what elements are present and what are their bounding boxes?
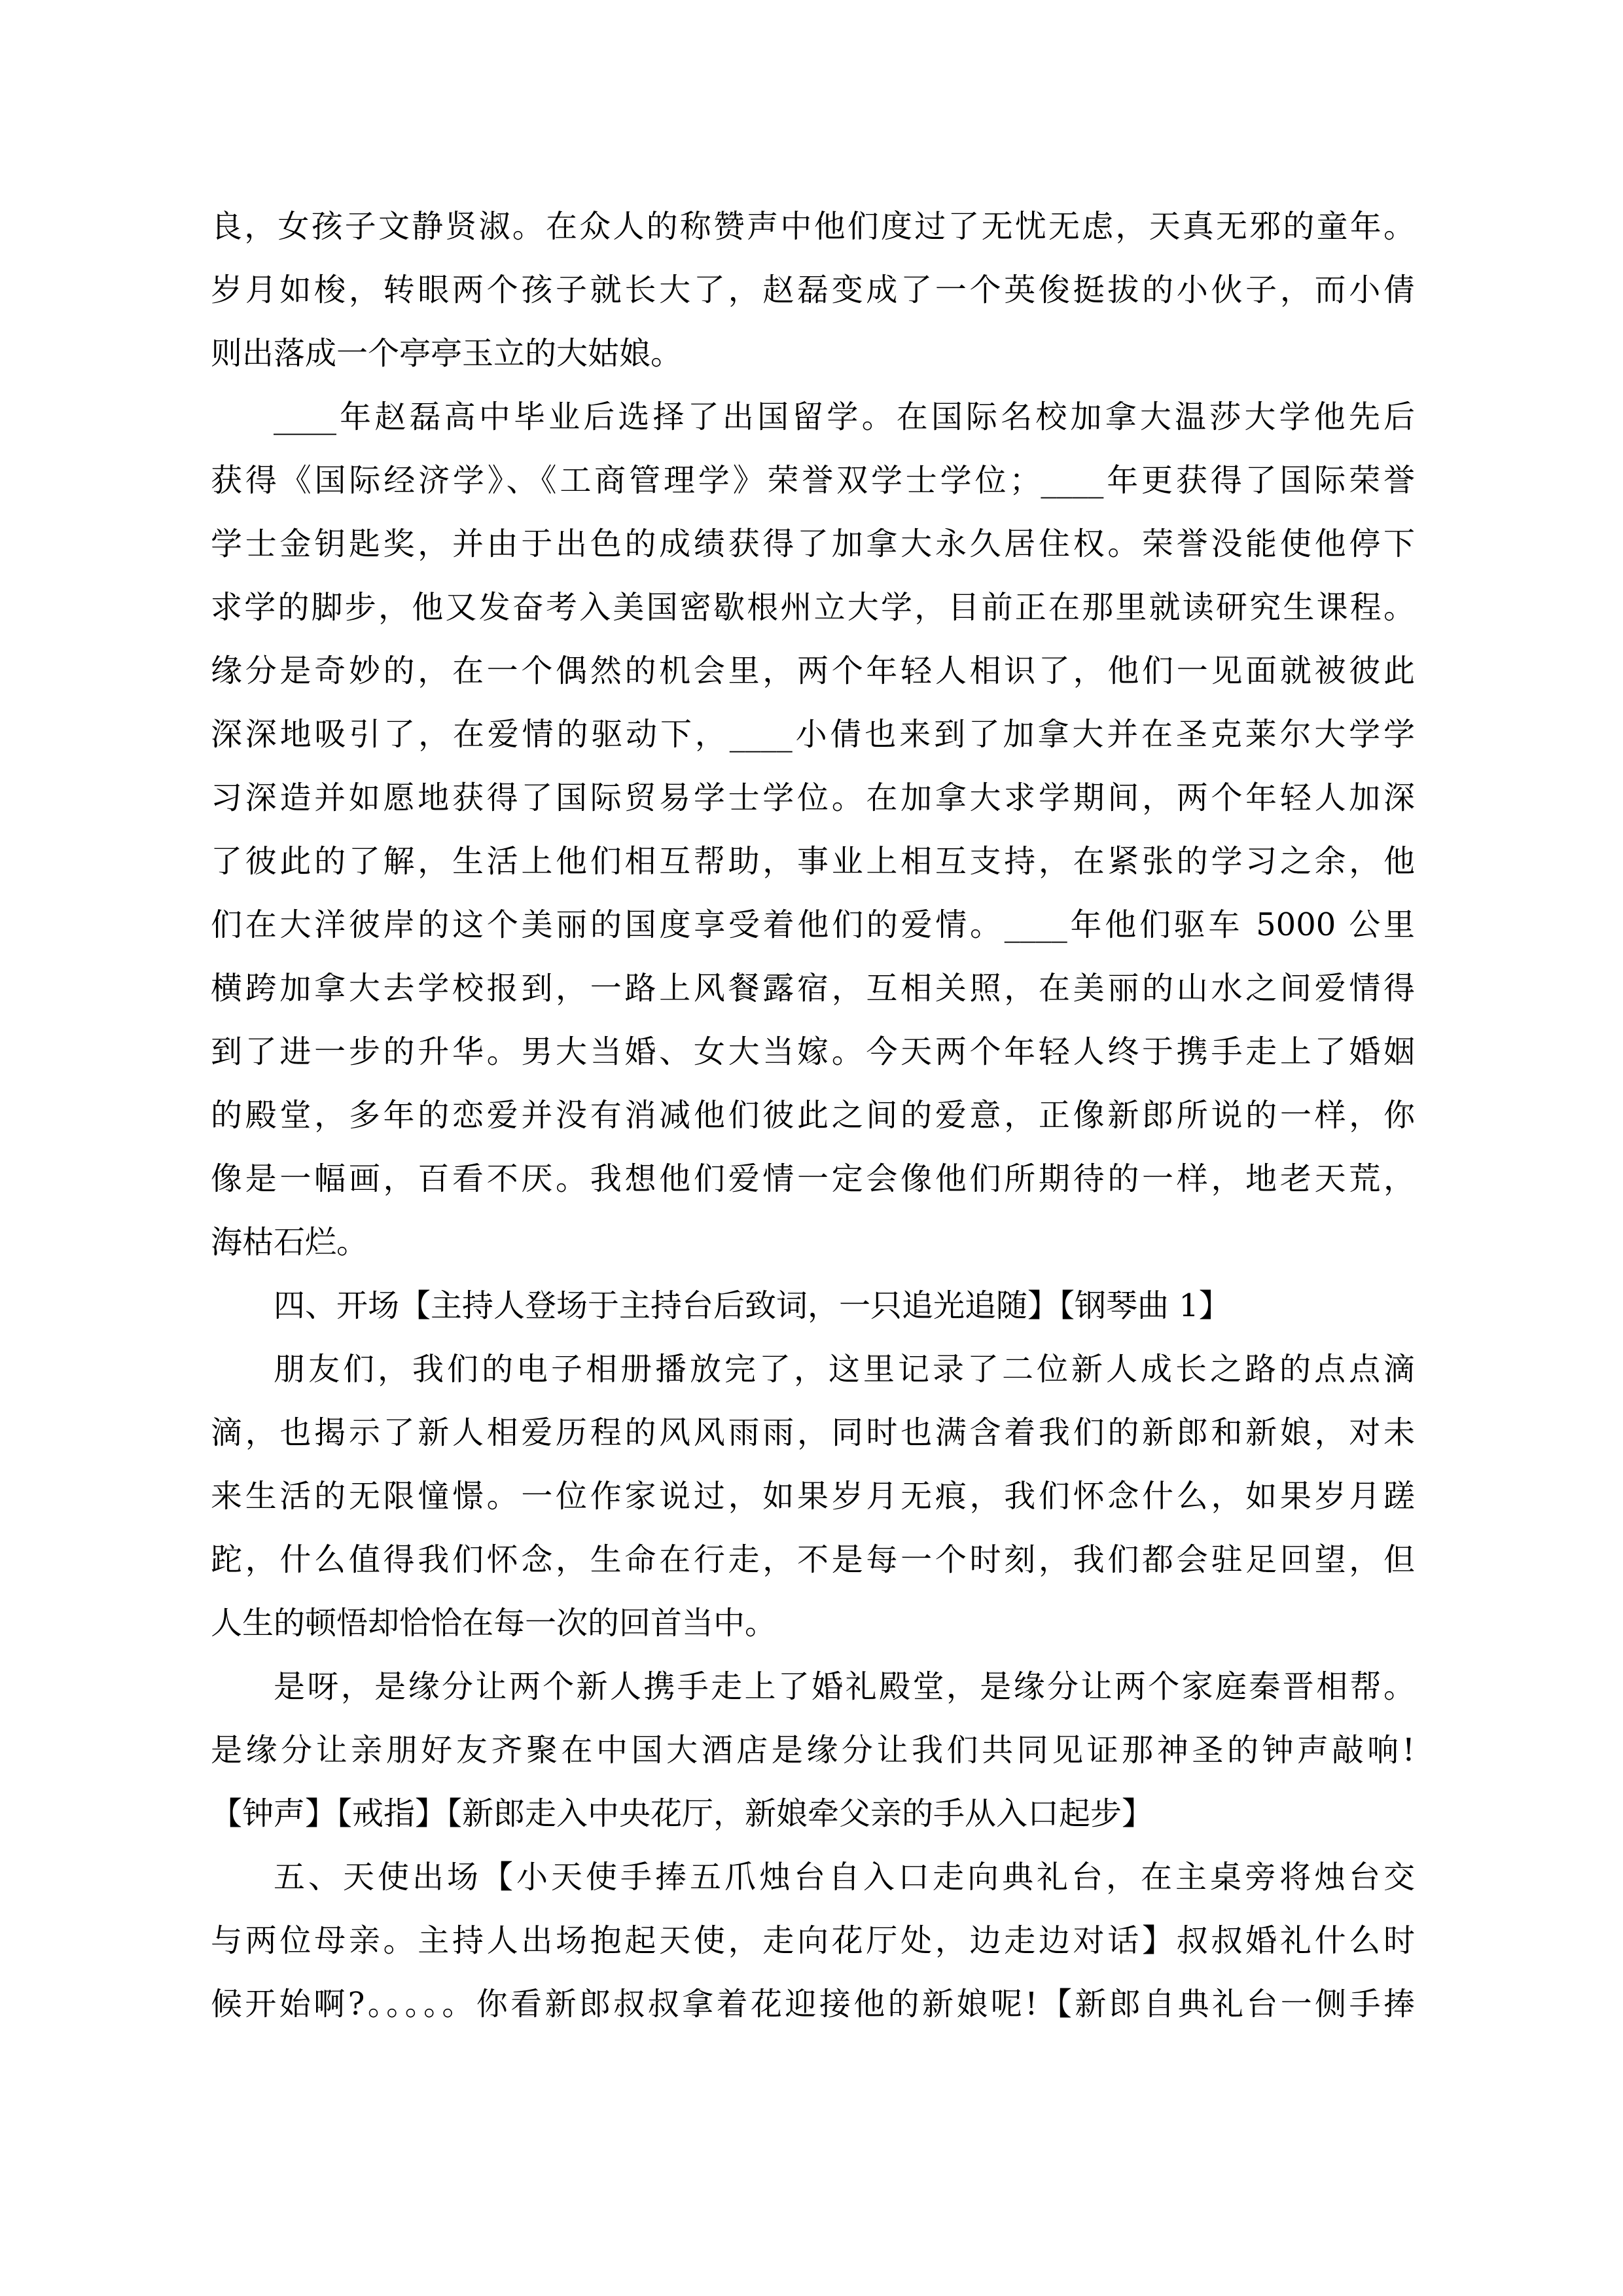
text-line: 横跨加拿大去学校报到，一路上风餐露宿，互相关照，在美丽的山水之间爱情得 bbox=[211, 957, 1415, 1020]
document-text-block: 良，女孩子文静贤淑。在众人的称赞声中他们度过了无忧无虑，天真无邪的童年。 岁月如… bbox=[211, 195, 1415, 2036]
text-line: 跎，什么值得我们怀念，生命在行走，不是每一个时刻，我们都会驻足回望，但 bbox=[211, 1528, 1415, 1592]
text-line: 来生活的无限憧憬。一位作家说过，如果岁月无痕，我们怀念什么，如果岁月蹉 bbox=[211, 1465, 1415, 1528]
text-line-paragraph-end: 则出落成一个亭亭玉立的大姑娘。 bbox=[211, 322, 1415, 386]
text-line: 缘分是奇妙的，在一个偶然的机会里，两个年轻人相识了，他们一见面就被彼此 bbox=[211, 639, 1415, 703]
text-line: 深深地吸引了，在爱情的驱动下，____小倩也来到了加拿大并在圣克莱尔大学学 bbox=[211, 703, 1415, 766]
text-line: 了彼此的了解，生活上他们相互帮助，事业上相互支持，在紧张的学习之余，他 bbox=[211, 830, 1415, 893]
text-line: 像是一幅画，百看不厌。我想他们爱情一定会像他们所期待的一样，地老天荒， bbox=[211, 1147, 1415, 1211]
text-line-section-heading: 四、开场【主持人登场于主持台后致词，一只追光追随】【钢琴曲 1】 bbox=[211, 1274, 1415, 1338]
text-line-paragraph-end: 人生的顿悟却恰恰在每一次的回首当中。 bbox=[211, 1592, 1415, 1655]
text-line: 习深造并如愿地获得了国际贸易学士学位。在加拿大求学期间，两个年轻人加深 bbox=[211, 766, 1415, 830]
text-line-section-heading: 五、天使出场【小天使手捧五爪烛台自入口走向典礼台，在主桌旁将烛台交 bbox=[211, 1846, 1415, 1909]
document-page: 良，女孩子文静贤淑。在众人的称赞声中他们度过了无忧无虑，天真无邪的童年。 岁月如… bbox=[0, 0, 1623, 2296]
text-line-paragraph-end: 海枯石烂。 bbox=[211, 1211, 1415, 1274]
text-line-paragraph-start: 是呀，是缘分让两个新人携手走上了婚礼殿堂，是缘分让两个家庭秦晋相帮。 bbox=[211, 1655, 1415, 1719]
text-line: 们在大洋彼岸的这个美丽的国度享受着他们的爱情。____年他们驱车 5000 公里 bbox=[211, 893, 1415, 957]
text-line: 良，女孩子文静贤淑。在众人的称赞声中他们度过了无忧无虑，天真无邪的童年。 bbox=[211, 195, 1415, 259]
text-line: 岁月如梭，转眼两个孩子就长大了，赵磊变成了一个英俊挺拔的小伙子，而小倩 bbox=[211, 259, 1415, 322]
text-line: 的殿堂，多年的恋爱并没有消减他们彼此之间的爱意，正像新郎所说的一样，你 bbox=[211, 1084, 1415, 1147]
text-line: 学士金钥匙奖，并由于出色的成绩获得了加拿大永久居住权。荣誉没能使他停下 bbox=[211, 512, 1415, 576]
text-line-stage-direction: 【钟声】【戒指】【新郎走入中央花厅，新娘牵父亲的手从入口起步】 bbox=[211, 1782, 1415, 1846]
text-line-paragraph-start: ____年赵磊高中毕业后选择了出国留学。在国际名校加拿大温莎大学他先后 bbox=[211, 386, 1415, 449]
text-line: 候开始啊?。。。。。你看新郎叔叔拿着花迎接他的新娘呢!【新郎自典礼台一侧手捧 bbox=[211, 1973, 1415, 2036]
text-line: 与两位母亲。主持人出场抱起天使，走向花厅处，边走边对话】叔叔婚礼什么时 bbox=[211, 1909, 1415, 1973]
text-line: 滴，也揭示了新人相爱历程的风风雨雨，同时也满含着我们的新郎和新娘，对未 bbox=[211, 1401, 1415, 1465]
text-line: 是缘分让亲朋好友齐聚在中国大酒店是缘分让我们共同见证那神圣的钟声敲响! bbox=[211, 1719, 1415, 1782]
text-line: 到了进一步的升华。男大当婚、女大当嫁。今天两个年轻人终于携手走上了婚姻 bbox=[211, 1020, 1415, 1084]
text-line-paragraph-start: 朋友们，我们的电子相册播放完了，这里记录了二位新人成长之路的点点滴 bbox=[211, 1338, 1415, 1401]
text-line: 获得《国际经济学》、《工商管理学》荣誉双学士学位；____年更获得了国际荣誉 bbox=[211, 449, 1415, 512]
text-line: 求学的脚步，他又发奋考入美国密歇根州立大学，目前正在那里就读研究生课程。 bbox=[211, 576, 1415, 639]
